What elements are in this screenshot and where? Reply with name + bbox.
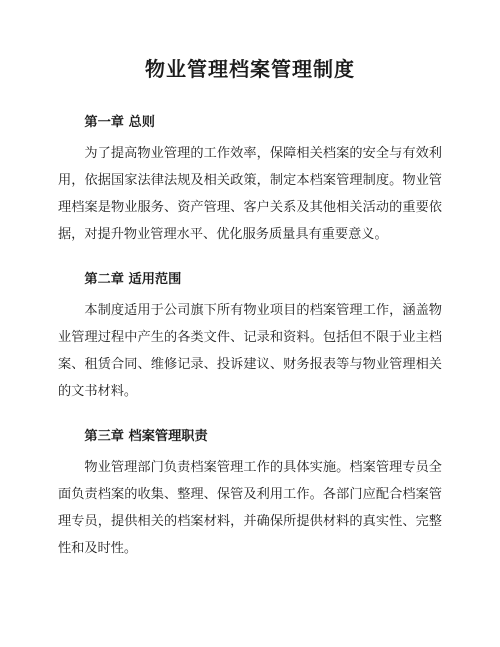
section-scope: 第二章 适用范围 本制度适用于公司旗下所有物业项目的档案管理工作，涵盖物业管理过… bbox=[58, 266, 442, 405]
section-heading: 第三章 档案管理职责 bbox=[58, 423, 442, 450]
section-responsibilities: 第三章 档案管理职责 物业管理部门负责档案管理工作的具体实施。档案管理专员全面负… bbox=[58, 423, 442, 562]
document-title: 物业管理档案管理制度 bbox=[58, 56, 442, 83]
section-general-rules: 第一章 总则 为了提高物业管理的工作效率，保障相关档案的安全与有效利用，依据国家… bbox=[58, 109, 442, 248]
section-heading: 第一章 总则 bbox=[58, 109, 442, 136]
section-paragraph: 物业管理部门负责档案管理工作的具体实施。档案管理专员全面负责档案的收集、整理、保… bbox=[58, 454, 442, 562]
section-paragraph: 本制度适用于公司旗下所有物业项目的档案管理工作，涵盖物业管理过程中产生的各类文件… bbox=[58, 297, 442, 405]
section-heading: 第二章 适用范围 bbox=[58, 266, 442, 293]
document-content: 物业管理档案管理制度 第一章 总则 为了提高物业管理的工作效率，保障相关档案的安… bbox=[0, 56, 500, 562]
document-page: 物业管理档案管理制度 第一章 总则 为了提高物业管理的工作效率，保障相关档案的安… bbox=[0, 0, 500, 647]
section-paragraph: 为了提高物业管理的工作效率，保障相关档案的安全与有效利用，依据国家法律法规及相关… bbox=[58, 140, 442, 248]
